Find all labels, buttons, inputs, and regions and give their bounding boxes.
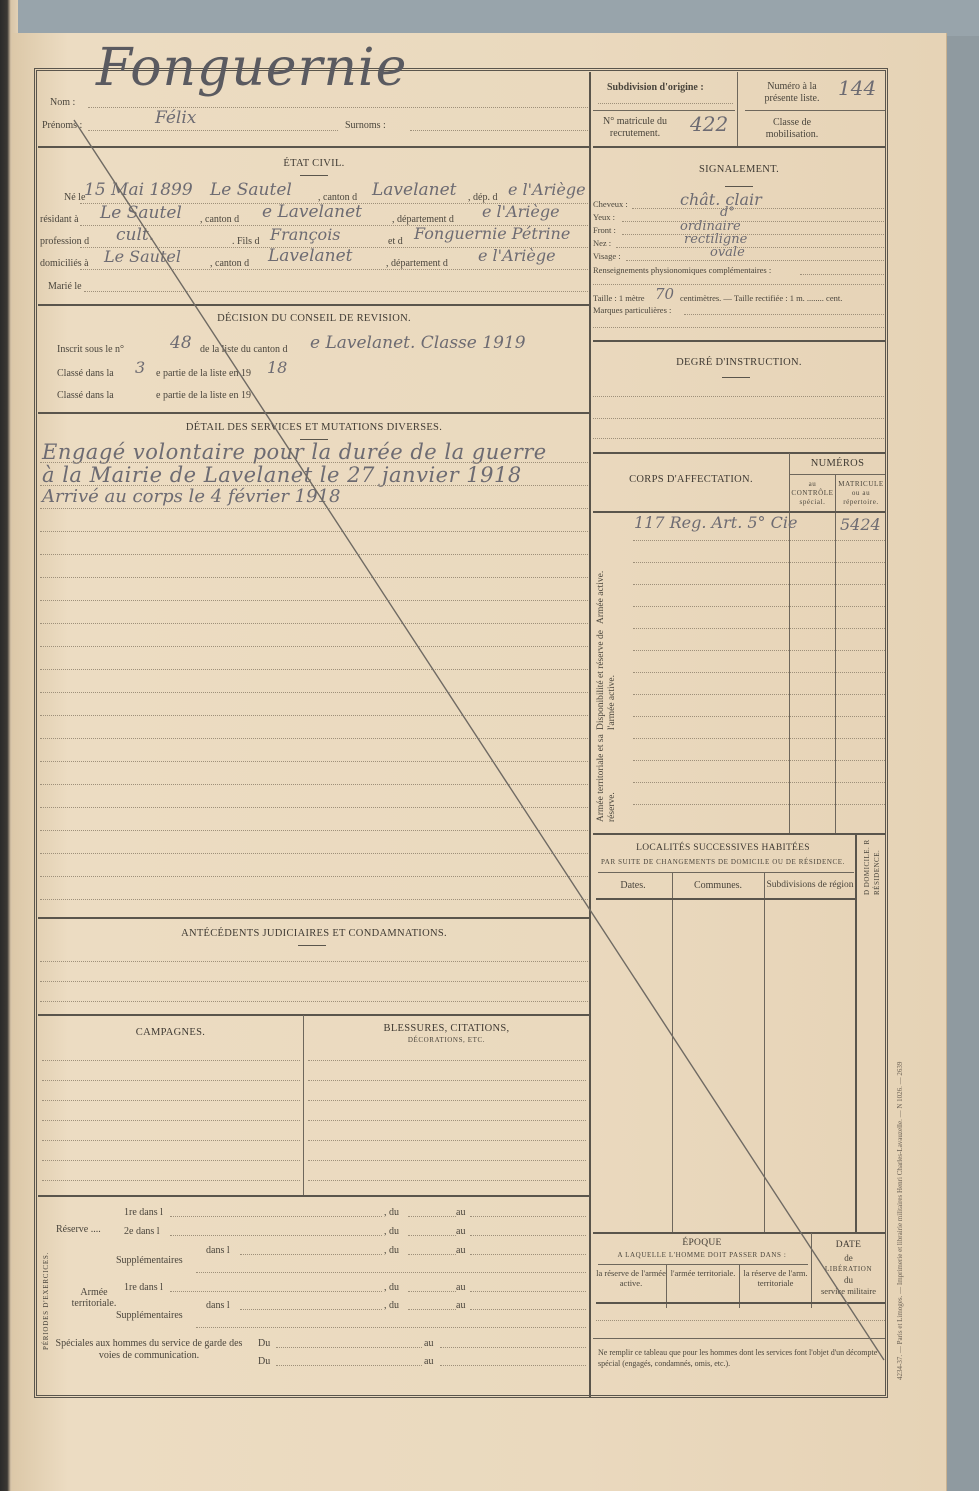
nom-value: Fonguernie bbox=[96, 38, 407, 98]
background-top bbox=[0, 0, 979, 36]
periodes-side-label: PÉRIODES D'EXERCICES. bbox=[42, 1252, 50, 1350]
residant-label: résidant à bbox=[40, 214, 79, 225]
numero-liste-label: Numéro à la présente liste. bbox=[757, 81, 827, 105]
subdivision-label: Subdivision d'origine : bbox=[607, 82, 704, 93]
numero-liste-value: 144 bbox=[838, 76, 876, 100]
nom-label: Nom : bbox=[50, 97, 75, 108]
printer-line: 4234-37. — Paris et Limoges. — Imprimeri… bbox=[896, 1062, 904, 1380]
